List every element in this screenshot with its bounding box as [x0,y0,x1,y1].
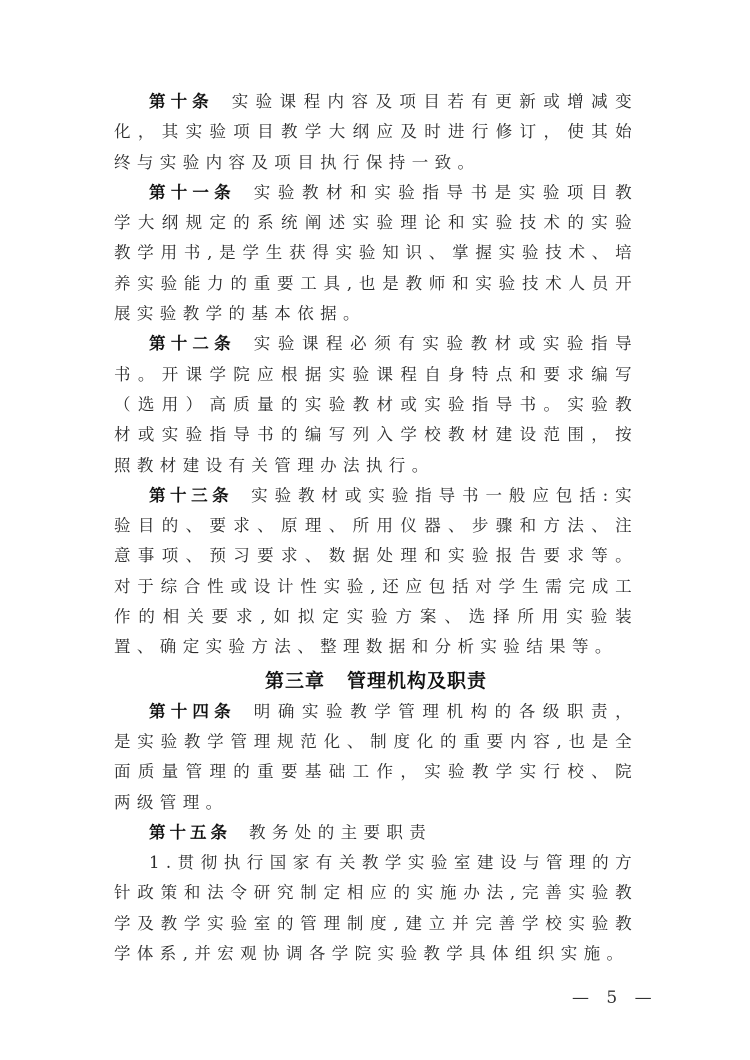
article-label: 第十条 [149,92,214,111]
article-label: 第十五条 [149,823,231,842]
article-15: 第十五条教务处的主要职责 [114,818,638,848]
article-label: 第十三条 [149,486,233,505]
article-label: 第十二条 [149,334,236,353]
article-text: 实验教材和实验指导书是实验项目教学大纲规定的系统阐述实验理论和实验技术的实验教学… [114,183,638,323]
document-page: 第十条实验课程内容及项目若有更新或增减变化，其实验项目教学大纲应及时进行修订，使… [114,87,638,969]
chapter-number: 第三章 [265,670,325,692]
chapter-title: 管理机构及职责 [347,670,487,692]
item-text: 1.贯彻执行国家有关教学实验室建设与管理的方针政策和法令研究制定相应的实施办法,… [114,853,638,963]
article-12: 第十二条实验课程必须有实验教材或实验指导书。开课学院应根据实验课程自身特点和要求… [114,329,638,480]
article-text: 教务处的主要职责 [249,823,432,842]
article-text: 实验课程必须有实验教材或实验指导书。开课学院应根据实验课程自身特点和要求编写（选… [114,334,638,474]
article-10: 第十条实验课程内容及项目若有更新或增减变化，其实验项目教学大纲应及时进行修订，使… [114,87,638,178]
chapter-heading: 第三章管理机构及职责 [114,665,638,697]
article-11: 第十一条实验教材和实验指导书是实验项目教学大纲规定的系统阐述实验理论和实验技术的… [114,178,638,329]
article-13: 第十三条实验教材或实验指导书一般应包括:实验目的、要求、原理、所用仪器、步骤和方… [114,481,638,663]
article-text: 实验教材或实验指导书一般应包括:实验目的、要求、原理、所用仪器、步骤和方法、注意… [114,486,638,656]
article-15-item-1: 1.贯彻执行国家有关教学实验室建设与管理的方针政策和法令研究制定相应的实施办法,… [114,848,638,969]
article-14: 第十四条明确实验教学管理机构的各级职责，是实验教学管理规范化、制度化的重要内容,… [114,697,638,818]
article-label: 第十一条 [149,183,236,202]
article-label: 第十四条 [149,702,236,721]
page-number: — 5 — [572,988,658,1008]
